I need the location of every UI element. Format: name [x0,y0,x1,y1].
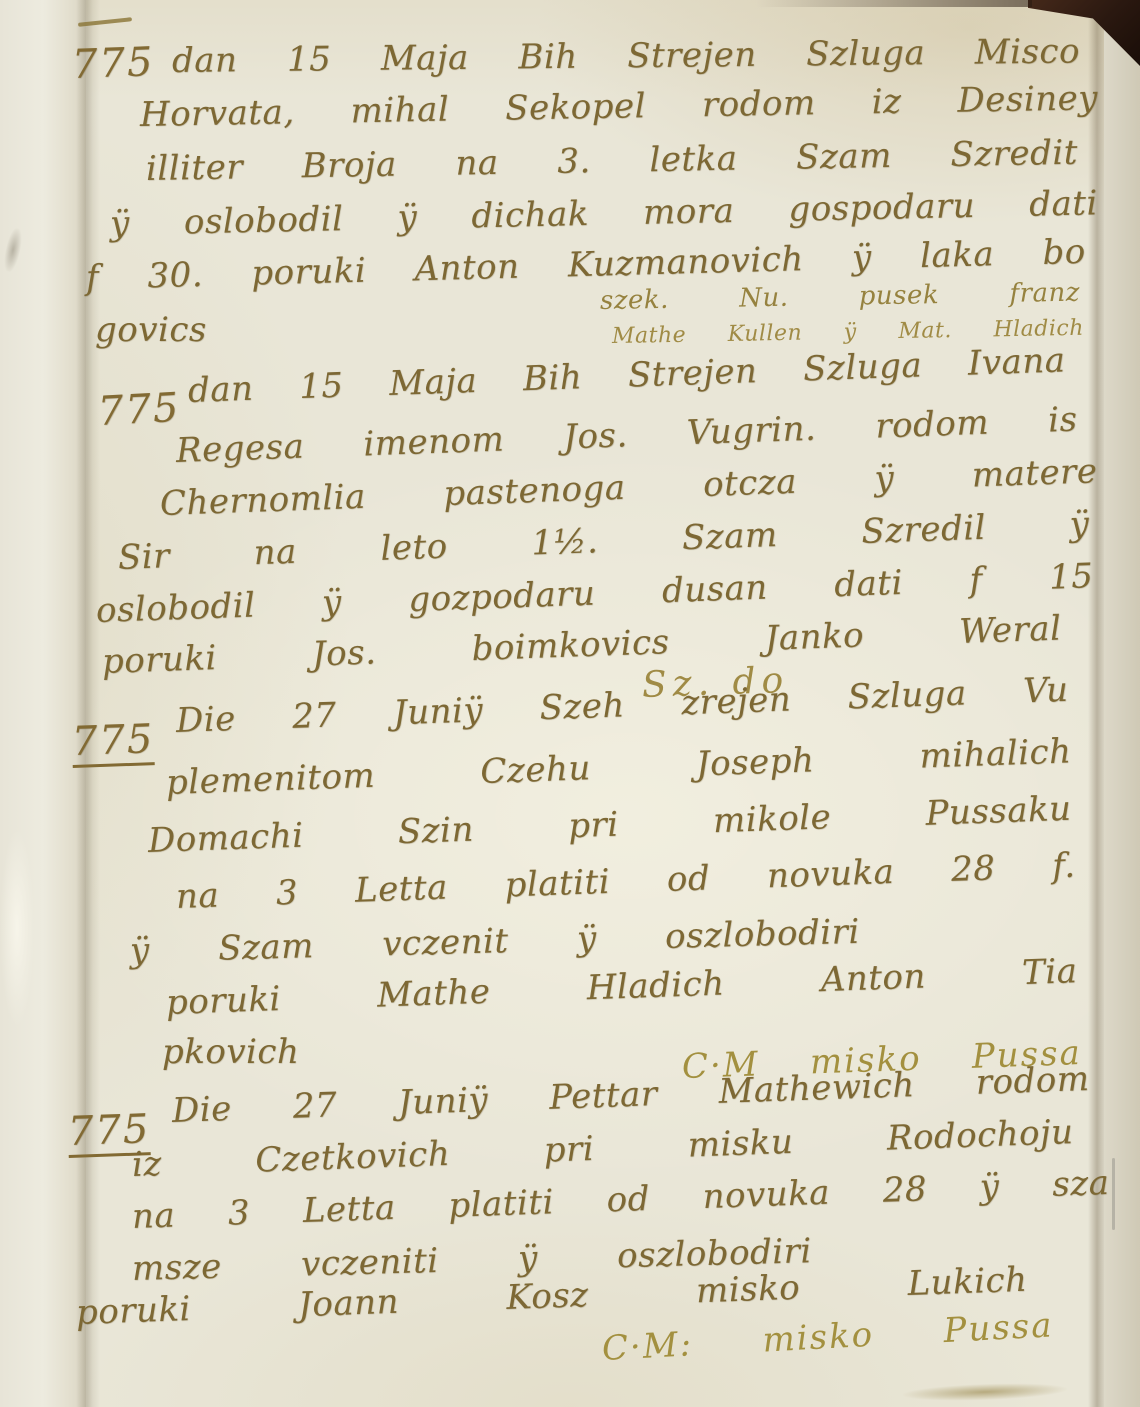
binding-top-edge [756,0,1032,7]
entry-line: Horvata, mihal Sekopel rodom iz Desiney [140,79,1099,135]
left-edge-tear [0,828,34,1028]
entry-line: Die 27 Juniÿ Szeh zrejen Szluga Vu [175,671,1069,741]
entry-line: pkovich [162,1033,352,1072]
entry-line: dan 15 Maja Bih Strejen Szluga Misco [172,32,1080,81]
entry-line: govics [95,311,265,350]
entry-number-underlined: 775 [71,719,155,768]
entry-line: illiter Broja na 3. letka Szam Szredit [146,134,1079,189]
ink-smudge [903,1381,1067,1403]
left-page-edge [0,0,86,1407]
left-fold-crease [76,0,100,1407]
manuscript-page: 775 dan 15 Maja Bih Strejen Szluga Misco… [0,0,1140,1407]
entry-line: dan 15 Maja Bih Strejen Szluga Ivana [187,341,1066,411]
entry-number: 775 [71,719,155,768]
right-edge-scratch [1112,1158,1115,1230]
entry-number: 775 [71,42,155,85]
signature-line: C·M: misko Pussa [601,1308,1054,1366]
witness-note: szek. Nu. pusek franz [600,279,1080,316]
entry-number: 775 [97,388,181,432]
entry-line: na 3 Letta platiti od novuka 28 f. [175,847,1076,917]
